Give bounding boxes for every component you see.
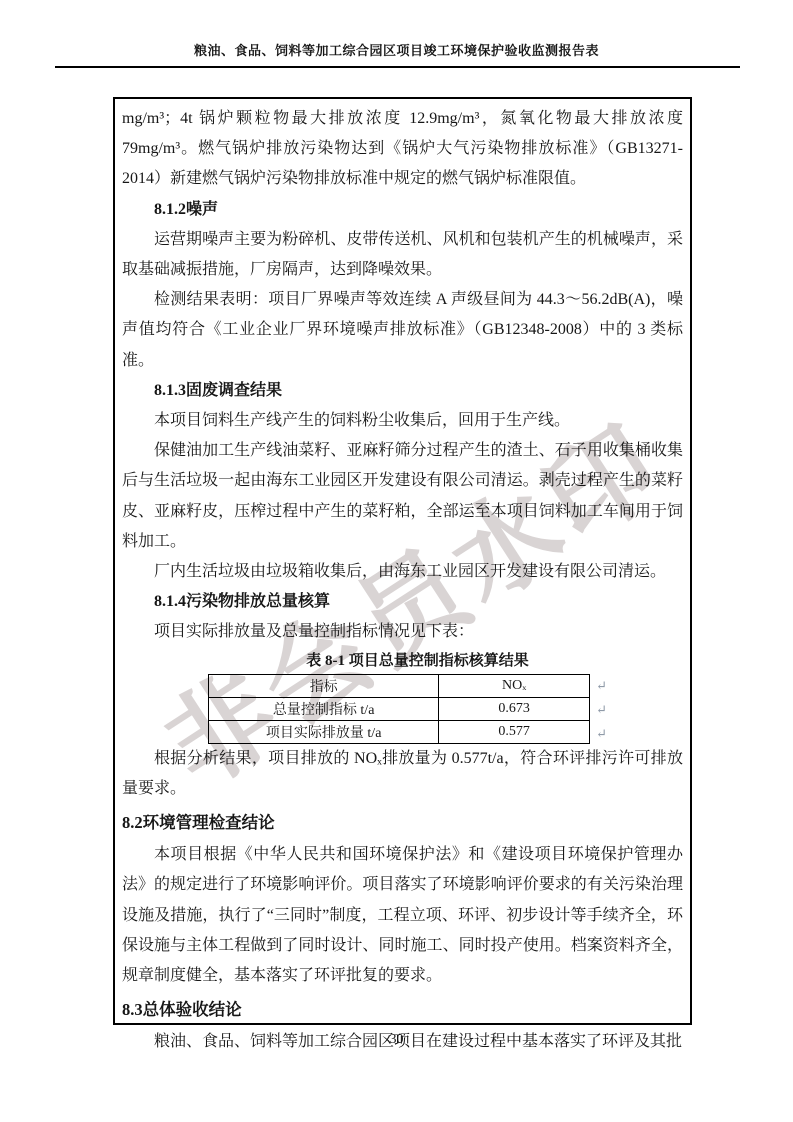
header-divider-rule (55, 66, 740, 68)
section-heading-8-1-4-total-emissions: 8.1.4污染物排放总量核算 (122, 587, 683, 617)
table-8-1-caption: 表 8-1 项目总量控制指标核算结果 (152, 648, 683, 674)
paragraph-feed-dust: 本项目饲料生产线产生的饲料粉尘收集后，回用于生产线。 (122, 406, 683, 436)
paragraph-table-intro: 项目实际排放量及总量控制指标情况见下表： (122, 617, 683, 647)
paragraph-noise-sources: 运营期噪声主要为粉碎机、皮带传送机、风机和包装机产生的机械噪声，采取基础减振措施… (122, 225, 683, 285)
paragraph-return-mark-icon: ↵ (596, 703, 607, 716)
paragraph-domestic-waste: 厂内生活垃圾由垃圾箱收集后，由海东工业园区开发建设有限公司清运。 (122, 557, 683, 587)
document-header-title: 粮油、食品、饲料等加工综合园区项目竣工环境保护验收监测报告表 (0, 40, 793, 59)
section-heading-8-1-2-noise: 8.1.2噪声 (122, 195, 683, 225)
section-heading-8-1-3-solid-waste: 8.1.3固废调查结果 (122, 376, 683, 406)
section-heading-8-2-env-management: 8.2环境管理检查结论 (122, 808, 683, 838)
cell-control-indicator-value: 0.673 (439, 697, 590, 720)
report-content-cell: mg/m³；4t 锅炉颗粒物最大排放浓度 12.9mg/m³，氮氧化物最大排放浓… (113, 97, 692, 1025)
cell-actual-emission-label: 项目实际排放量 t/a (209, 720, 439, 743)
page-number: 30 (0, 1032, 793, 1048)
table-8-1-wrapper: 指标 NOₓ 总量控制指标 t/a 0.673 项目实际排放量 t/a 0.57… (208, 674, 590, 744)
paragraph-noise-results: 检测结果表明：项目厂界噪声等效连续 A 声级昼间为 44.3～56.2dB(A)… (122, 285, 683, 376)
paragraph-boiler-emissions: mg/m³；4t 锅炉颗粒物最大排放浓度 12.9mg/m³，氮氧化物最大排放浓… (122, 104, 683, 195)
cell-control-indicator-label: 总量控制指标 t/a (209, 697, 439, 720)
paragraph-analysis-conclusion: 根据分析结果，项目排放的 NOₓ排放量为 0.577t/a，符合环评排污许可排放… (122, 744, 683, 804)
total-control-indicator-table: 指标 NOₓ 总量控制指标 t/a 0.673 项目实际排放量 t/a 0.57… (208, 674, 590, 744)
paragraph-oil-line-waste: 保健油加工生产线油菜籽、亚麻籽筛分过程产生的渣土、石子用收集桶收集后与生活垃圾一… (122, 436, 683, 557)
paragraph-return-mark-icon: ↵ (596, 679, 607, 692)
cell-actual-emission-value: 0.577 (439, 720, 590, 743)
paragraph-env-management-conclusion: 本项目根据《中华人民共和国环境保护法》和《建设项目环境保护管理办法》的规定进行了… (122, 840, 683, 991)
table-row: 项目实际排放量 t/a 0.577 (209, 720, 590, 743)
section-heading-8-3-overall-acceptance: 8.3总体验收结论 (122, 995, 683, 1025)
table-header-row: 指标 NOₓ (209, 674, 590, 697)
header-nox: NOₓ (439, 674, 590, 697)
header-indicator: 指标 (209, 674, 439, 697)
table-row: 总量控制指标 t/a 0.673 (209, 697, 590, 720)
paragraph-return-mark-icon: ↵ (596, 727, 607, 740)
